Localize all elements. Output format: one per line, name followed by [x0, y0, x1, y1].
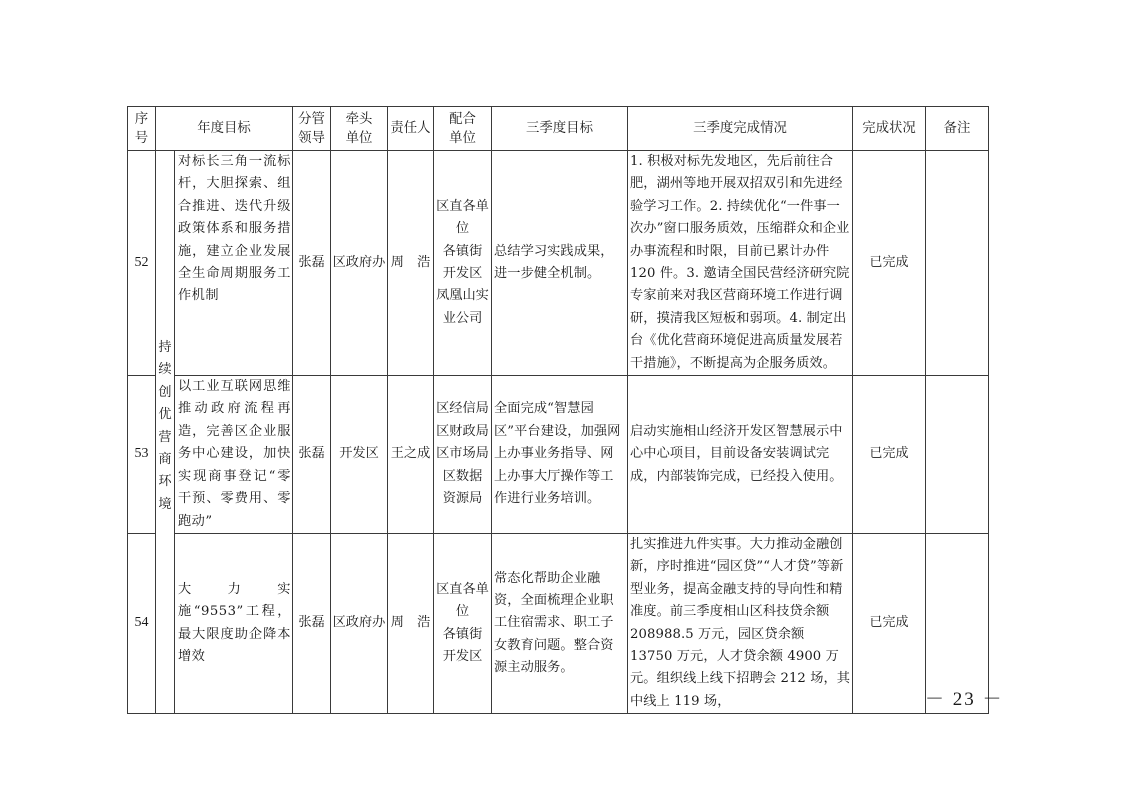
header-coop-unit-line2: 单位 [434, 129, 491, 148]
coop-unit-line: 开发区 [434, 646, 491, 668]
coop-unit-line: 凤凰山实 [434, 285, 491, 307]
row-annual-goal: 以工业互联网思维推动政府流程再造，完善区企业服务中心建设，加快实现商事登记“零干… [175, 376, 293, 534]
row-seq: 54 [128, 533, 156, 713]
header-remarks: 备注 [926, 107, 989, 151]
row-remarks [926, 376, 989, 534]
coop-unit-line: 资源局 [434, 488, 491, 510]
coop-unit-line: 区数据 [434, 466, 491, 488]
row-leader: 张磊 [293, 533, 331, 713]
row-annual-goal: 大力实施“9553”工程，最大限度助企降本增效 [175, 533, 293, 713]
coop-unit-line: 区直各单位 [434, 196, 491, 241]
header-lead-unit-line1: 牵头 [331, 110, 387, 129]
row-coop-unit: 区直各单位 各镇街 开发区 [434, 533, 492, 713]
row-status: 已完成 [853, 376, 926, 534]
header-row: 序 号 年度目标 分管 领导 牵头 单位 责任人 配合 单位 三季度目标 三季度… [128, 107, 989, 151]
row-annual-goal: 对标长三角一流标杆，大胆探索、组合推进、迭代升级政策体系和服务措施，建立企业发展… [175, 151, 293, 376]
coop-unit-line: 开发区 [434, 263, 491, 285]
coop-unit-line: 区市场局 [434, 443, 491, 465]
task-table: 序 号 年度目标 分管 领导 牵头 单位 责任人 配合 单位 三季度目标 三季度… [127, 106, 989, 714]
row-lead-unit: 区政府办 [331, 533, 388, 713]
header-annual-goal: 年度目标 [156, 107, 293, 151]
row-seq: 52 [128, 151, 156, 376]
header-seq-line1: 序 [128, 110, 155, 129]
row-status: 已完成 [853, 533, 926, 713]
category-char: 境 [156, 494, 174, 516]
row-owner: 王之成 [388, 376, 434, 534]
row-q3-progress: 启动实施相山经济开发区智慧展示中心中心项目，目前设备安装调试完成，内部装饰完成，… [628, 376, 853, 534]
row-q3-goal: 总结学习实践成果，进一步健全机制。 [492, 151, 628, 376]
coop-unit-line: 业公司 [434, 308, 491, 330]
header-leader-line1: 分管 [293, 110, 330, 129]
header-q3-goal: 三季度目标 [492, 107, 628, 151]
table-row: 52 持 续 创 优 营 商 环 境 对标长三角一流标杆，大胆探索、组合推进、迭… [128, 151, 989, 376]
table-row: 54 大力实施“9553”工程，最大限度助企降本增效 张磊 区政府办 周 浩 区… [128, 533, 989, 713]
header-q3-progress: 三季度完成情况 [628, 107, 853, 151]
row-q3-progress: 1. 积极对标先发地区，先后前往合肥，湖州等地开展双招双引和先进经验学习工作。2… [628, 151, 853, 376]
header-leader-line2: 领导 [293, 129, 330, 148]
category-char: 环 [156, 471, 174, 493]
coop-unit-line: 各镇街 [434, 624, 491, 646]
document-page: 序 号 年度目标 分管 领导 牵头 单位 责任人 配合 单位 三季度目标 三季度… [0, 0, 1122, 793]
coop-unit-line: 各镇街 [434, 241, 491, 263]
category-char: 营 [156, 427, 174, 449]
category-char: 持 [156, 337, 174, 359]
row-q3-goal: 全面完成“智慧园区”平台建设，加强网上办事业务指导、网上办事大厅操作等工作进行业… [492, 376, 628, 534]
row-coop-unit: 区经信局 区财政局 区市场局 区数据 资源局 [434, 376, 492, 534]
row-leader: 张磊 [293, 376, 331, 534]
row-q3-goal: 常态化帮助企业融资，全面梳理企业职工住宿需求、职工子女教育问题。整合资源主动服务… [492, 533, 628, 713]
header-seq-line2: 号 [128, 129, 155, 148]
row-leader: 张磊 [293, 151, 331, 376]
header-leader: 分管 领导 [293, 107, 331, 151]
coop-unit-line: 区直各单位 [434, 579, 491, 624]
row-lead-unit: 区政府办 [331, 151, 388, 376]
row-lead-unit: 开发区 [331, 376, 388, 534]
category-char: 创 [156, 382, 174, 404]
header-lead-unit: 牵头 单位 [331, 107, 388, 151]
header-owner: 责任人 [388, 107, 434, 151]
row-remarks [926, 151, 989, 376]
coop-unit-line: 区财政局 [434, 421, 491, 443]
row-status: 已完成 [853, 151, 926, 376]
header-coop-unit-line1: 配合 [434, 110, 491, 129]
category-char: 续 [156, 359, 174, 381]
coop-unit-line: 区经信局 [434, 398, 491, 420]
header-status: 完成状况 [853, 107, 926, 151]
header-seq: 序 号 [128, 107, 156, 151]
header-coop-unit: 配合 单位 [434, 107, 492, 151]
row-coop-unit: 区直各单位 各镇街 开发区 凤凰山实 业公司 [434, 151, 492, 376]
row-seq: 53 [128, 376, 156, 534]
row-owner: 周 浩 [388, 151, 434, 376]
page-number: － 23 － [925, 684, 1004, 711]
row-owner: 周 浩 [388, 533, 434, 713]
row-q3-progress: 扎实推进九件实事。大力推动金融创新，序时推进“园区贷”“人才贷”等新型业务，提高… [628, 533, 853, 713]
header-lead-unit-line2: 单位 [331, 129, 387, 148]
category-char: 商 [156, 449, 174, 471]
table-row: 53 以工业互联网思维推动政府流程再造，完善区企业服务中心建设，加快实现商事登记… [128, 376, 989, 534]
category-char: 优 [156, 404, 174, 426]
category-group-cell: 持 续 创 优 营 商 环 境 [156, 151, 175, 714]
